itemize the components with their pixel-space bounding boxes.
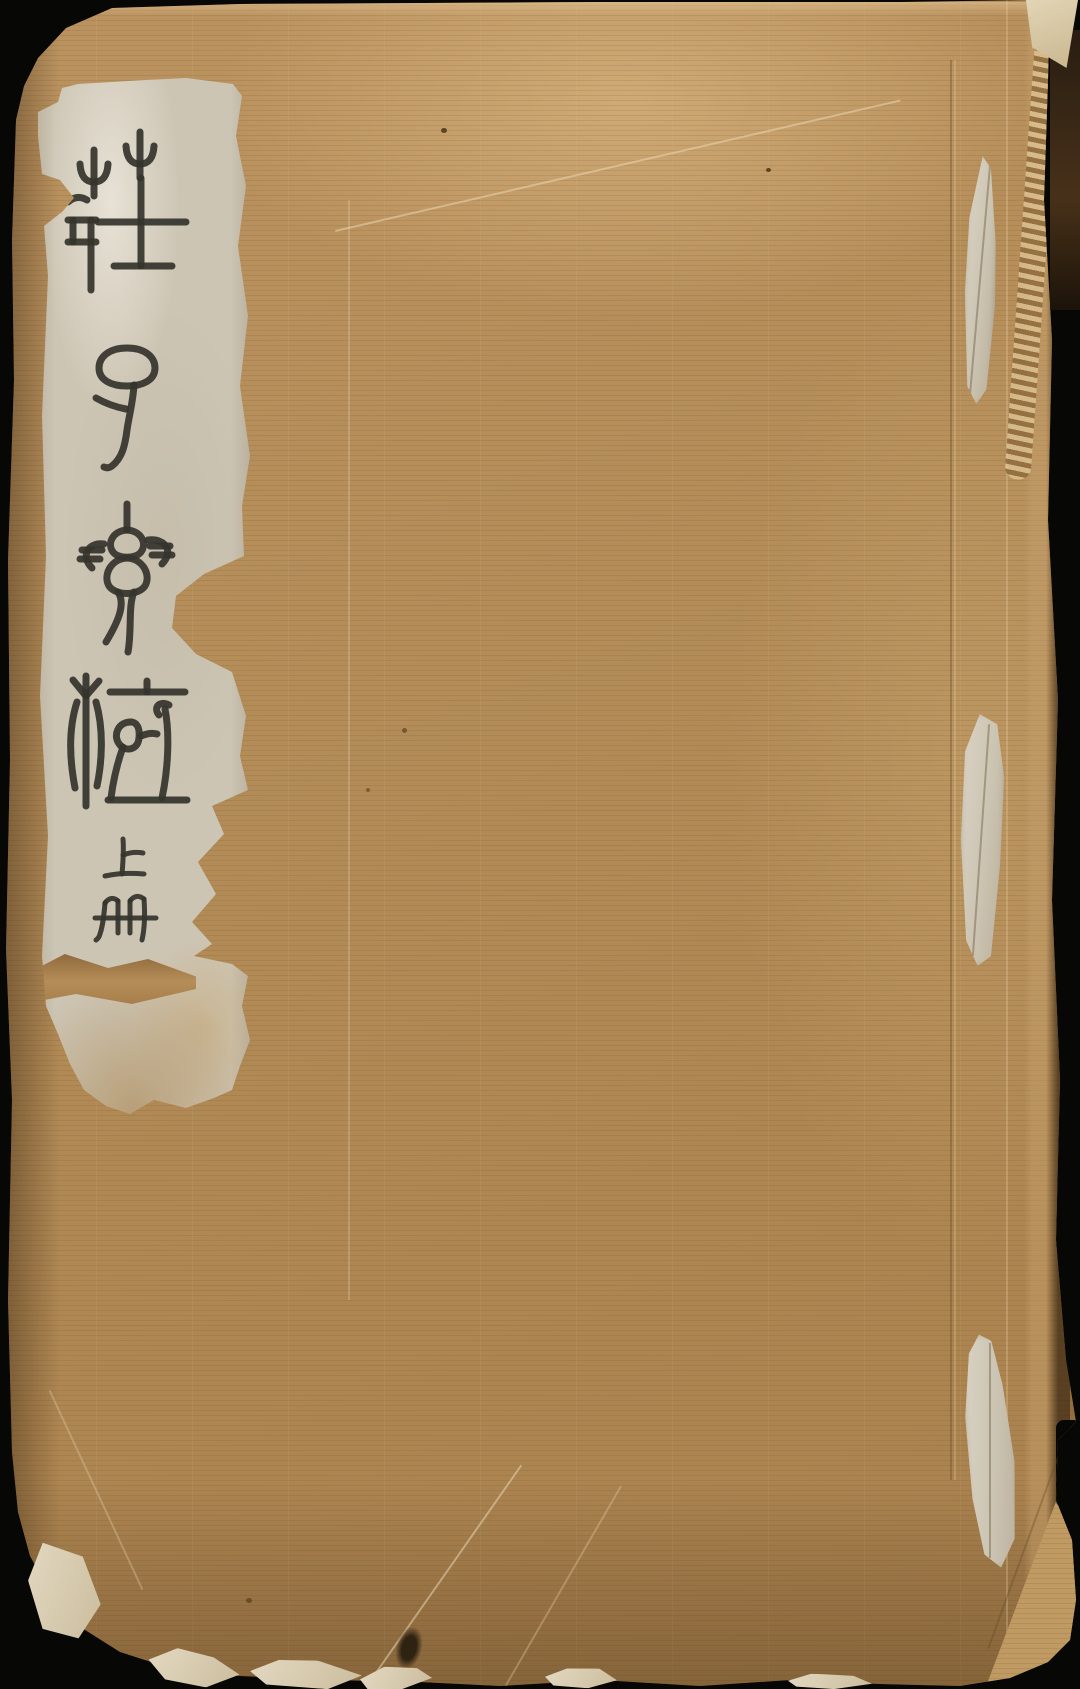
- volume-character-ce: [94, 888, 158, 952]
- twist-crease: [969, 166, 991, 393]
- cover-corner-gap: [1056, 1420, 1080, 1508]
- title-label: 莊子要極 上册: [36, 76, 250, 1130]
- spine-fold-line: [950, 60, 952, 1480]
- label-tear: [36, 954, 196, 1004]
- twist-crease: [972, 724, 990, 955]
- book-cover-photo: 莊子要極 上册: [0, 0, 1080, 1689]
- paper-speck: [766, 168, 771, 172]
- volume-character-shang: [98, 834, 150, 886]
- paper-speck: [402, 728, 407, 733]
- top-edge-highlight: [100, 2, 1050, 16]
- seal-character-zhuang: [60, 126, 192, 298]
- page-shadow-strip: [1050, 30, 1080, 310]
- seal-character-ji: [52, 668, 192, 818]
- crease-line: [335, 100, 901, 232]
- paper-twist-middle: [958, 714, 1006, 967]
- crease-line: [348, 200, 350, 1300]
- paper-speck: [441, 128, 447, 133]
- spine-fold-highlight: [954, 60, 956, 1480]
- book-cover: 莊子要極 上册: [0, 0, 1080, 1689]
- seal-character-yao: [70, 500, 182, 660]
- paper-speck: [366, 788, 370, 792]
- paper-twist-top: [960, 156, 1001, 405]
- seal-character-zi: [82, 338, 172, 478]
- twist-crease: [989, 1343, 991, 1558]
- paper-speck: [246, 1598, 252, 1603]
